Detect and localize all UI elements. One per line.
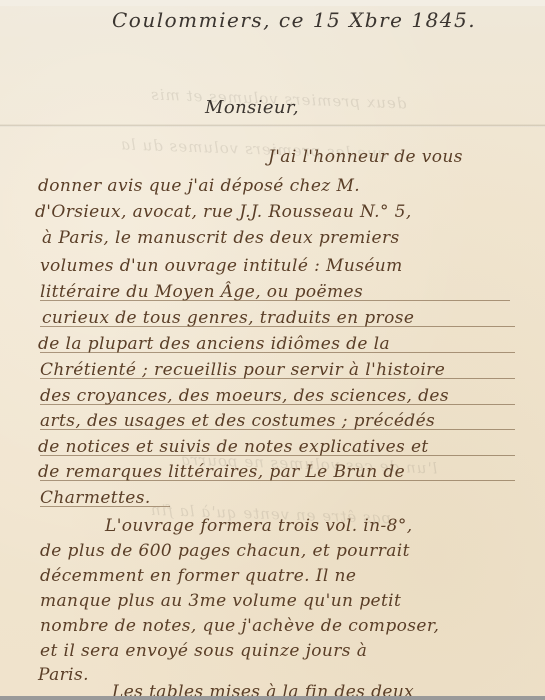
paper-top-edge: [0, 0, 545, 6]
body-line: de remarques littéraires, par Le Brun de: [38, 462, 405, 482]
salutation: Monsieur,: [205, 97, 299, 118]
title-underline: [40, 352, 515, 353]
body-line: Les tables mises à la fin des deux: [112, 682, 414, 696]
body-line: d'Orsieux, avocat, rue J.J. Rousseau N.°…: [35, 202, 412, 222]
body-line: nombre de notes, que j'achève de compose…: [40, 616, 439, 636]
title-underline: [40, 480, 515, 481]
body-line: J'ai l'honneur de vous: [268, 147, 463, 167]
body-line: de la plupart des anciens idiômes de la: [38, 334, 390, 354]
body-line: et il sera envoyé sous quinze jours à: [40, 641, 367, 661]
body-line: à Paris, le manuscrit des deux premiers: [42, 228, 400, 248]
title-underline: [40, 404, 515, 405]
body-line: Charmettes.: [40, 488, 151, 508]
body-line: Chrétienté ; recueillis pour servir à l'…: [40, 360, 445, 380]
body-line: Paris.: [38, 665, 89, 685]
letter-page: deux premiers volumes et mis que les pre…: [0, 0, 545, 696]
title-underline: [40, 326, 515, 327]
paper-fold-line: [0, 124, 545, 127]
body-line: des croyances, des moeurs, des sciences,…: [40, 386, 449, 406]
title-underline: [40, 300, 510, 301]
body-line: manque plus au 3me volume qu'un petit: [40, 591, 401, 611]
scan-bottom-edge: [0, 696, 545, 700]
title-underline: [40, 378, 515, 379]
title-underline: [40, 506, 170, 507]
body-line: décemment en former quatre. Il ne: [40, 566, 356, 586]
body-line: de notices et suivis de notes explicativ…: [38, 437, 429, 457]
title-underline: [40, 455, 515, 456]
body-line: littéraire du Moyen Âge, ou poëmes: [40, 282, 363, 302]
body-line: donner avis que j'ai déposé chez M.: [38, 176, 360, 196]
place-date-line: Coulommiers, ce 15 Xbre 1845.: [112, 8, 476, 32]
body-line: arts, des usages et des costumes ; précé…: [40, 411, 435, 431]
body-line: curieux de tous genres, traduits en pros…: [42, 308, 414, 328]
body-line: volumes d'un ouvrage intitulé : Muséum: [40, 256, 403, 276]
body-line: de plus de 600 pages chacun, et pourrait: [40, 541, 410, 561]
body-line: L'ouvrage formera trois vol. in-8°,: [105, 516, 413, 536]
title-underline: [40, 429, 515, 430]
